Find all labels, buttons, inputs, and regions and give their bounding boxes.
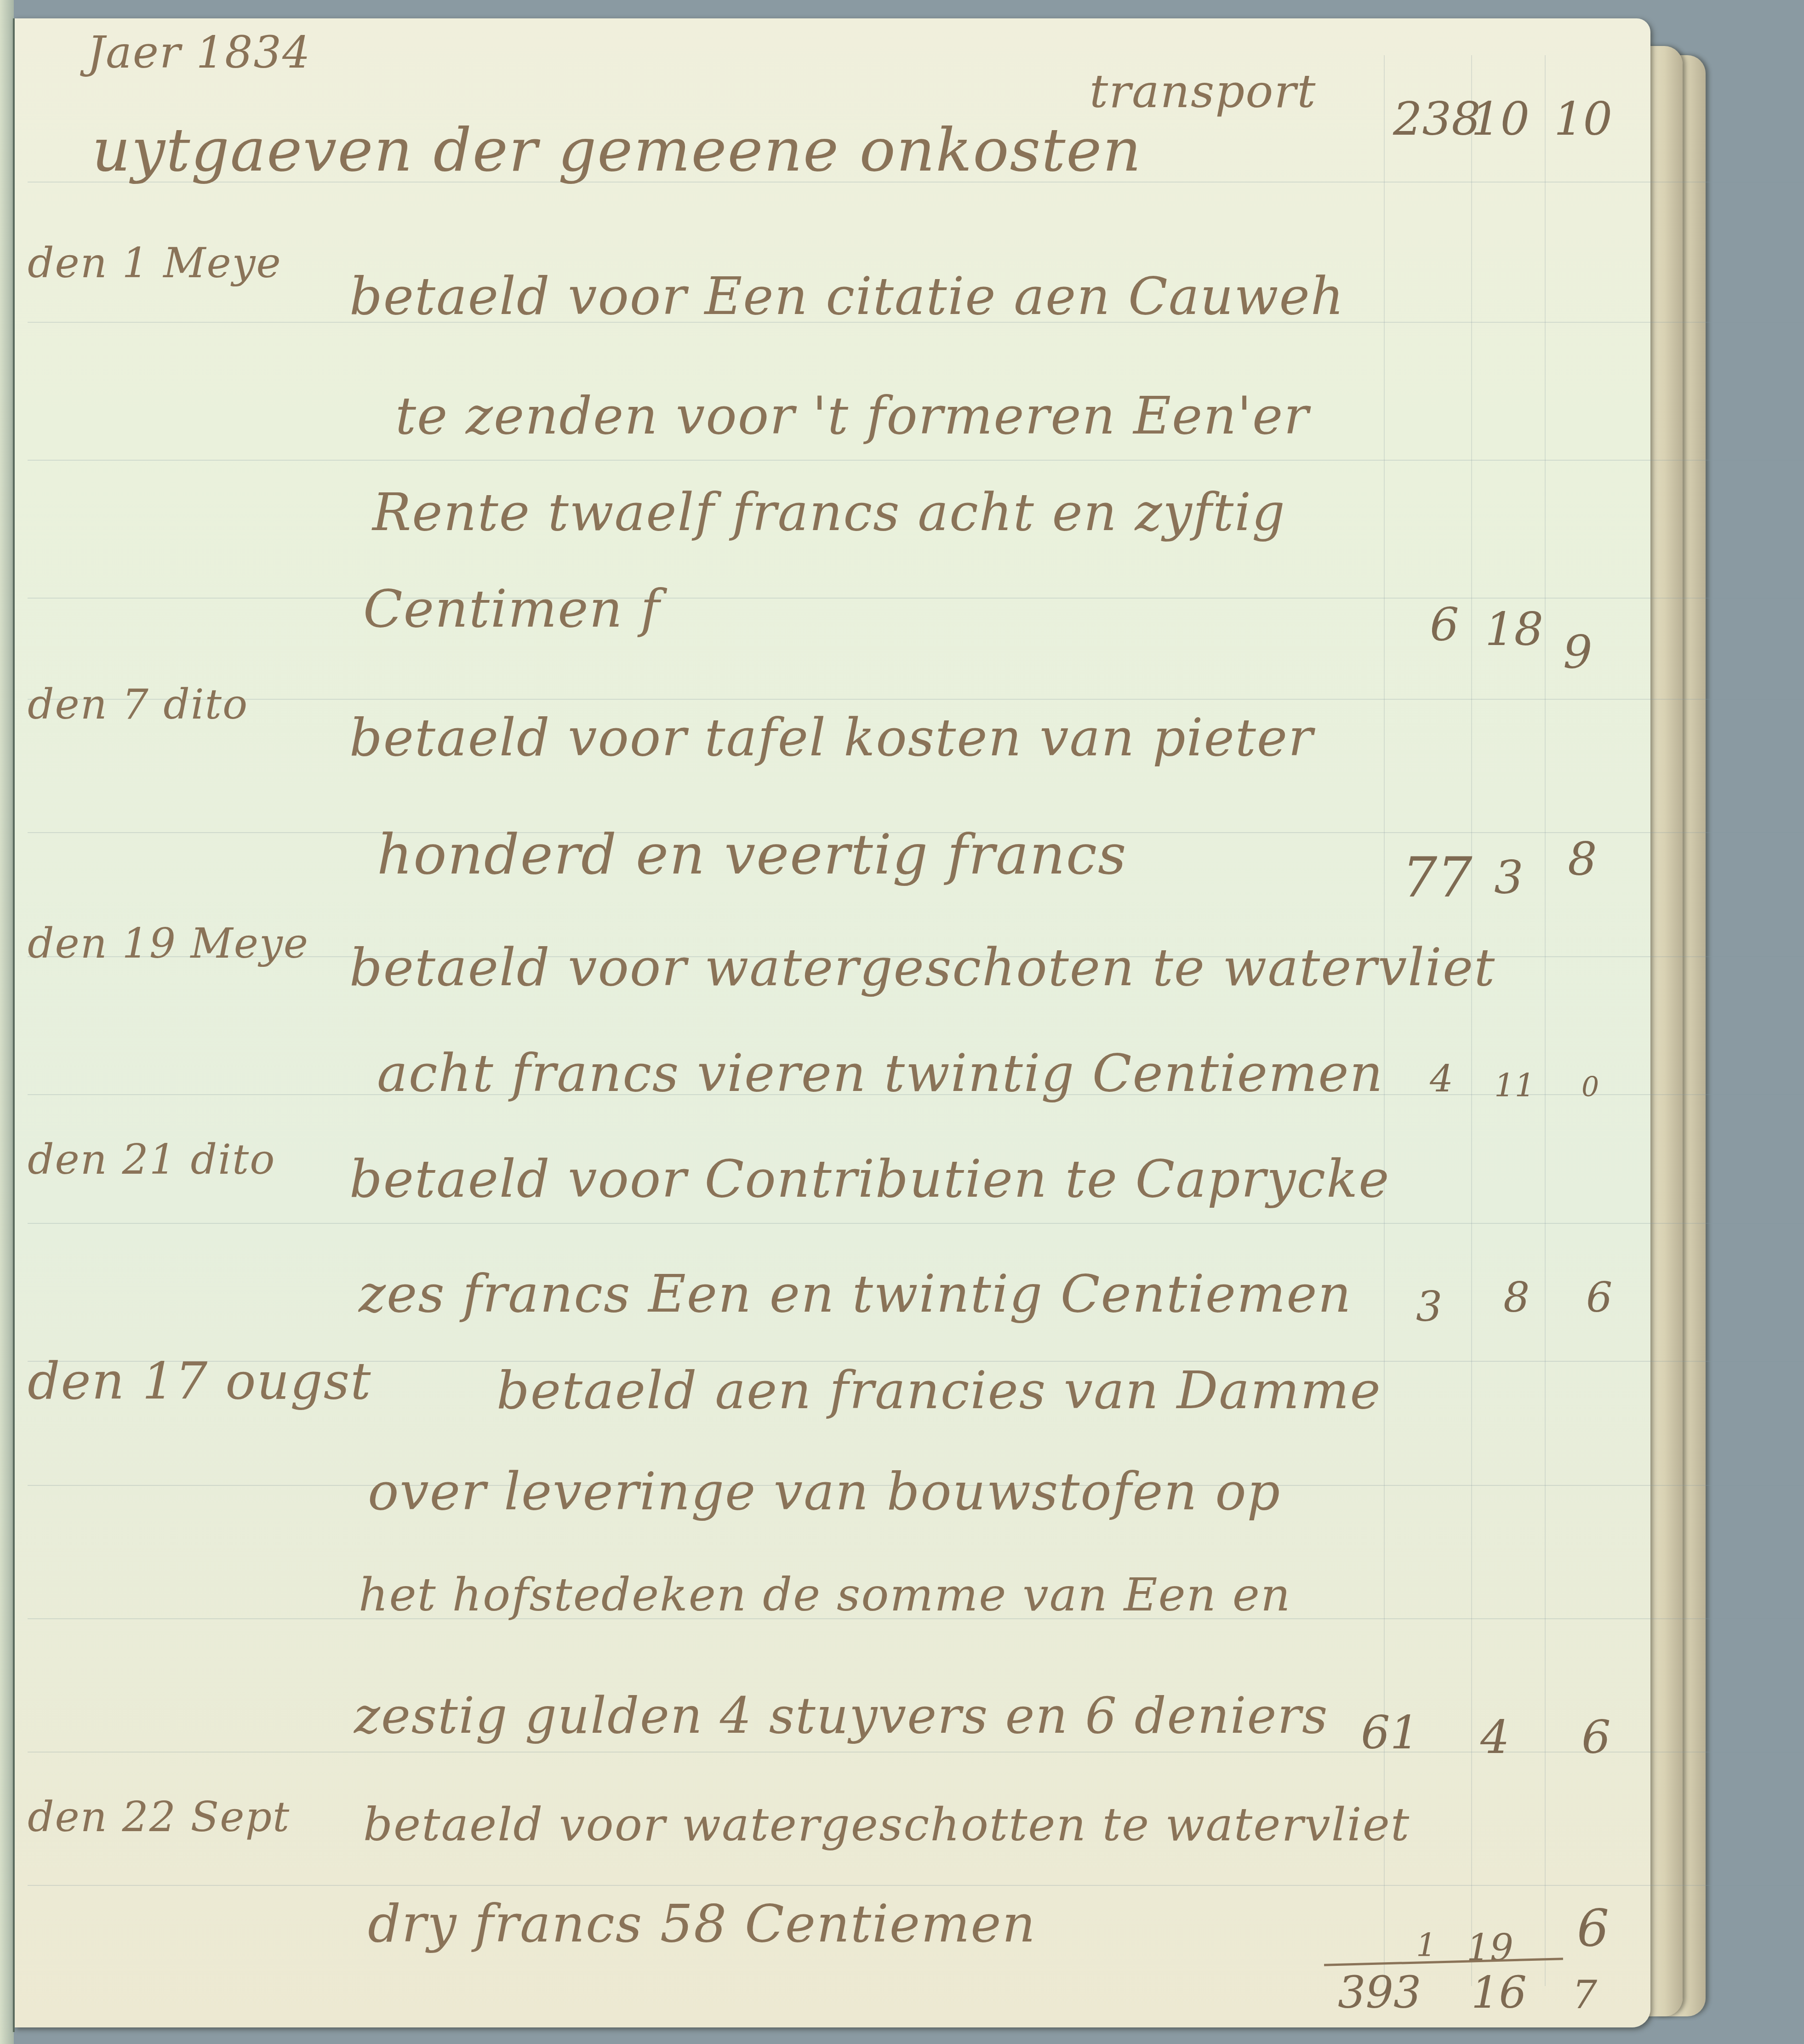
entry-line: over leveringe van bouwstofen op [368, 1462, 1281, 1522]
entry-line: betaeld voor watergeschoten te watervlie… [349, 938, 1496, 998]
amount-guilders: 1 [1416, 1926, 1437, 1964]
amount-guilders: 77 [1402, 846, 1473, 910]
amount-deniers: 9 [1563, 625, 1593, 679]
transport-deniers: 10 [1554, 92, 1612, 146]
binding-gutter [13, 18, 15, 2032]
left-page-edge [0, 0, 14, 2044]
entry-line: zestig gulden 4 stuyvers en 6 deniers [354, 1687, 1329, 1745]
entry-date: den 17 ougst [28, 1352, 371, 1410]
amount-guilders: 3 [1416, 1283, 1442, 1331]
amount-guilders: 61 [1361, 1706, 1419, 1759]
total-guilders: 393 [1338, 1968, 1421, 2018]
total-deniers: 7 [1572, 1972, 1597, 2018]
entry-date: den 7 dito [28, 680, 248, 729]
entry-line: betaeld voor Een citatie aen Cauweh [349, 267, 1345, 326]
amount-deniers: 8 [1568, 832, 1597, 886]
total-stuivers: 16 [1471, 1968, 1527, 2018]
year-label: Jaer 1834 [87, 28, 311, 78]
transport-label: transport [1090, 64, 1317, 118]
entry-line: Rente twaelf francs acht en zyftig [372, 483, 1286, 542]
entry-line: acht francs vieren twintig Centiemen [377, 1044, 1384, 1103]
amount-stuivers: 19 [1467, 1926, 1513, 1969]
amount-stuivers: 3 [1494, 851, 1524, 904]
amount-stuivers: 18 [1485, 602, 1543, 656]
section-heading: uytgaeven der gemeene onkosten [92, 115, 1142, 185]
entry-line: betaeld voor Contributien te Caprycke [349, 1149, 1390, 1209]
entry-line: het hofstedeken de somme van Een en [359, 1568, 1291, 1621]
entry-line: dry francs 58 Centiemen [368, 1894, 1036, 1954]
entry-date: den 22 Sept [28, 1793, 290, 1841]
entry-line: honderd en veertig francs [377, 823, 1127, 887]
amount-guilders: 6 [1430, 598, 1459, 651]
entry-line: betaeld voor watergeschotten te watervli… [363, 1798, 1410, 1851]
entry-line: zes francs Een en twintig Centiemen [359, 1264, 1352, 1324]
transport-stuivers: 10 [1471, 92, 1530, 146]
entry-line: betaeld aen francies van Damme [497, 1361, 1382, 1421]
entry-line: Centimen f [363, 579, 661, 639]
entry-date: den 1 Meye [28, 239, 282, 287]
entry-date: den 19 Meye [28, 919, 309, 968]
amount-deniers: 6 [1586, 1273, 1612, 1322]
amount-deniers: 0 [1581, 1071, 1599, 1103]
transport-guilders: 238 [1393, 92, 1481, 146]
entry-line: betaeld voor tafel kosten van pieter [349, 708, 1314, 768]
amount-stuivers: 11 [1494, 1067, 1535, 1104]
entry-date: den 21 dito [28, 1136, 275, 1184]
entry-line: te zenden voor 't formeren Een'er [395, 386, 1309, 446]
amount-guilders: 4 [1430, 1057, 1453, 1100]
amount-deniers: 6 [1581, 1710, 1611, 1764]
amount-deniers: 6 [1577, 1899, 1609, 1958]
amount-stuivers: 8 [1503, 1273, 1530, 1322]
amount-stuivers: 4 [1480, 1710, 1510, 1764]
